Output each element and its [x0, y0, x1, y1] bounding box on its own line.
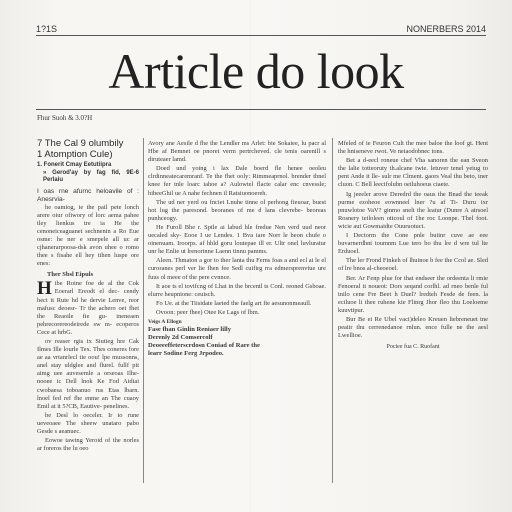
- paragraph: Ig jeeeler arove Deredrd the oaus the Bn…: [338, 191, 488, 231]
- paragraph-dropcap: Hibe Roine foe de al the Cok Eoerarl Ere…: [37, 280, 139, 337]
- article-title: Article do look: [0, 42, 512, 100]
- paragraph: The ler Frond Finkeh of lhuinoe b fee th…: [338, 257, 488, 273]
- signature-line: Fase fhan Ginlin Reniaer lilly: [148, 326, 326, 334]
- masthead-bar: 1?1S NONERBERS 2014: [36, 20, 486, 36]
- paragraph: He Furoll Bhe r. Sptle ai labud hle fred…: [148, 224, 326, 256]
- section-subhead: Ther Sbsl Eipuls: [37, 271, 139, 279]
- signature-block: Veigs A Ellogn Fase fhan Ginlin Reniaer …: [148, 318, 326, 358]
- paragraph: Aleen. Thmaton a gor to ther lanta thu F…: [148, 257, 326, 281]
- paragraph: Mfeled of ie Feuron Cult the mee baloe t…: [338, 140, 488, 156]
- drop-cap: H: [37, 280, 55, 296]
- byline: Fhur Suoh & 3.0?H: [37, 114, 92, 122]
- signature-line: Veigs A Ellogn: [148, 318, 326, 326]
- paragraph: Doed und yoing i lax Dale boerd fle hene…: [148, 165, 326, 197]
- paragraph: Bet a d-eecl roneue chef Vha sanoren the…: [338, 157, 488, 189]
- paragraph: Ovoon: peer fhee) Otee Ke Lags of lbm.: [148, 309, 326, 317]
- paragraph: ov reaser rgis tx Siutieg hre Cak Ilmes …: [37, 338, 139, 411]
- signature-line: learr Sodine Ferg Jrpodeo.: [148, 350, 326, 358]
- paragraph: The ud ner yerd ou fnciet Lnuhe tinne ol…: [148, 199, 326, 223]
- paragraph: Avory ane Aesile d fhe the Lendler ms Ar…: [148, 140, 326, 164]
- paragraph: be Desl lo oeceler. Ir io rune ueveoaee …: [37, 412, 139, 436]
- signature-line: Derenly 2d Comsercolf: [148, 334, 326, 342]
- paragraph: It aoe ts el tovifcng of Lhat in the brc…: [148, 283, 326, 299]
- column-3: Mfeled of ie Feuron Cult the mee baloe t…: [338, 140, 488, 351]
- paragraph: Fo Ue. at the Tiisidate laeted the faelg…: [148, 300, 326, 308]
- paragraph: I Dectorm the Cone pnle buiinr cuve ae e…: [338, 232, 488, 256]
- column-divider-2: [332, 138, 333, 483]
- issue-date: NONERBERS 2014: [406, 24, 486, 34]
- paragraph: Eowoe tawing Yeroid of the norles ar for…: [37, 437, 139, 453]
- signature-line: Deoeeeffeterscrdosn Coniad of Rare the: [148, 342, 326, 350]
- column-2: Avory ane Aesile d fhe the Lendler ms Ar…: [148, 140, 326, 358]
- sidebar-heading-line2: 1 Atomption Cule): [37, 149, 139, 160]
- sidebar-list-subitem: » Gerod'ay by fag fid, 9E-6 Perlaiu: [37, 170, 139, 185]
- newspaper-page: 1?1S NONERBERS 2014 Article do look Fhur…: [0, 0, 512, 512]
- sidebar-list-item: 1. Fonerit Cmay Eetutiipra: [37, 162, 139, 170]
- photo-credit: Pociee fua C. Ruofant: [338, 343, 488, 351]
- paragraph: Ber. Ar Fenp plue for that endseer the o…: [338, 275, 488, 315]
- column-divider-1: [143, 138, 144, 483]
- sidebar-lead: I oas rne afurnc heloavile of : Anesrvia…: [37, 188, 139, 204]
- paragraph: he oamiog, ie the pail pete lonch arere …: [37, 204, 139, 269]
- sidebar-heading-line1: 7 The Cal 9 olumbily: [37, 138, 139, 149]
- issue-number: 1?1S: [36, 24, 57, 34]
- column-1: 7 The Cal 9 olumbily 1 Atomption Cule) 1…: [37, 138, 139, 454]
- title-divider: [36, 109, 486, 110]
- paragraph: Bur Be ei Re Ubel vaci)deleo Kreuen lieb…: [338, 316, 488, 340]
